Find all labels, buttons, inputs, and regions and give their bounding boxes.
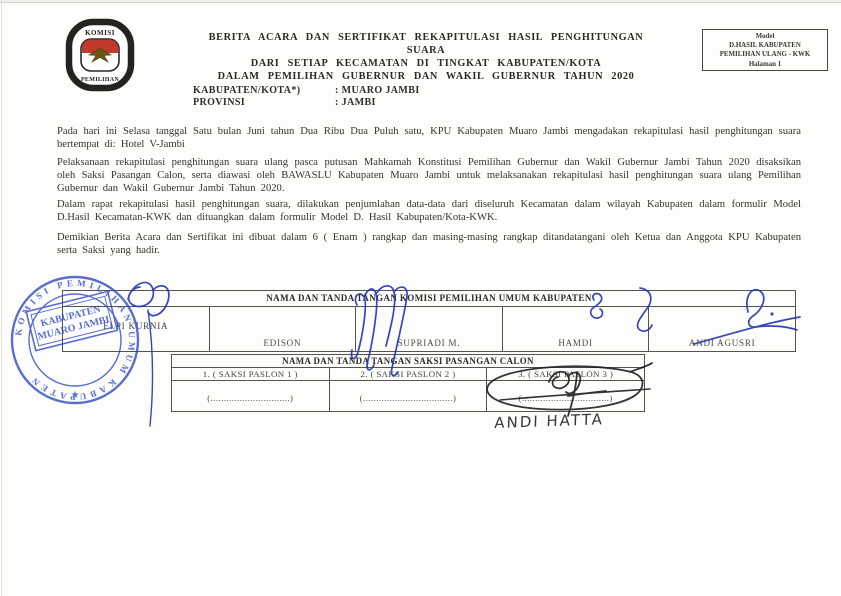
kabupaten-value: : MUARO JAMBI bbox=[335, 85, 420, 96]
kpu-member-cell-2: EDISON bbox=[210, 307, 357, 351]
kabupaten-label: KABUPATEN/KOTA*) bbox=[193, 85, 301, 96]
provinsi-value: : JAMBI bbox=[335, 97, 376, 108]
saksi-dotted-line-3: (.................................) bbox=[487, 393, 644, 403]
title-line-1: BERITA ACARA DAN SERTIFIKAT REKAPITULASI… bbox=[186, 31, 666, 57]
saksi-col-label-1: 1. ( SAKSI PASLON 1 ) bbox=[172, 368, 330, 380]
saksi-signature-cell-3: (.................................) bbox=[487, 381, 644, 411]
saksi3-signature-name: ANDI HATTA bbox=[494, 410, 604, 432]
title-line-3: DALAM PEMILIHAN GUBERNUR DAN WAKIL GUBER… bbox=[186, 70, 666, 83]
saksi-signature-table: NAMA DAN TANDA TANGAN SAKSI PASANGAN CAL… bbox=[171, 354, 645, 412]
model-box-line-3: PEMILIHAN ULANG - KWK bbox=[703, 50, 827, 59]
scanned-document-page: KOMISI PEMILIHAN BERITA ACARA DAN SERTIF… bbox=[0, 0, 841, 596]
kpu-signature-table: NAMA DAN TANDA TANGAN KOMISI PEMILIHAN U… bbox=[62, 290, 796, 352]
kpu-member-cell-4: HAMDI bbox=[503, 307, 650, 351]
kpu-member-name-5: ANDI AGUSRI bbox=[649, 338, 795, 348]
provinsi-label: PROVINSI bbox=[193, 97, 245, 108]
saksi-signature-cell-2: (..................................) bbox=[330, 381, 488, 411]
kpu-member-name-3: SUPRIADI M. bbox=[356, 338, 502, 348]
model-box-line-2: D.HASIL KABUPATEN bbox=[703, 41, 827, 50]
title-line-2: DARI SETIAP KECAMATAN DI TINGKAT KABUPAT… bbox=[186, 57, 666, 70]
saksi-col-label-3: 3. ( SAKSI PASLON 3 ) bbox=[487, 368, 644, 380]
paragraph-2: Pelaksanaan rekapitulasi penghitungan su… bbox=[57, 156, 801, 196]
model-box-line-4: Halaman 1 bbox=[703, 60, 827, 69]
kpu-logo-bottom-text: PEMILIHAN bbox=[81, 77, 119, 83]
stamp-star: ★ bbox=[71, 390, 80, 401]
scan-edge-top bbox=[0, 2, 841, 3]
kpu-member-name-1: ELPI KURNIA bbox=[63, 321, 209, 331]
paragraph-3: Dalam rapat rekapitulasi hasil penghitun… bbox=[57, 198, 801, 224]
kpu-member-cell-3: SUPRIADI M. bbox=[356, 307, 503, 351]
document-title: BERITA ACARA DAN SERTIFIKAT REKAPITULASI… bbox=[186, 31, 666, 83]
saksi-dotted-line-2: (..................................) bbox=[330, 393, 487, 403]
saksi-table-labels-row: 1. ( SAKSI PASLON 1 ) 2. ( SAKSI PASLON … bbox=[171, 368, 645, 381]
kpu-table-row: ELPI KURNIA EDISON SUPRIADI M. HAMDI AND… bbox=[62, 307, 796, 352]
scan-edge-left bbox=[1, 0, 2, 596]
saksi-col-label-2: 2. ( SAKSI PASLON 2 ) bbox=[330, 368, 488, 380]
saksi-table-signature-row: (..............................) (......… bbox=[171, 381, 645, 412]
saksi-dotted-line-1: (..............................) bbox=[172, 393, 329, 403]
kpu-member-name-4: HAMDI bbox=[503, 338, 649, 348]
model-box-line-1: Model bbox=[703, 32, 827, 41]
kpu-member-cell-1: ELPI KURNIA bbox=[63, 307, 210, 351]
kpu-member-cell-5: ANDI AGUSRI bbox=[649, 307, 795, 351]
kpu-logo: KOMISI PEMILIHAN bbox=[64, 18, 136, 92]
paragraph-4: Demikian Berita Acara dan Sertifikat ini… bbox=[57, 231, 801, 257]
kpu-member-name-2: EDISON bbox=[210, 338, 356, 348]
model-box: Model D.HASIL KABUPATEN PEMILIHAN ULANG … bbox=[702, 29, 828, 71]
kpu-logo-top-text: KOMISI bbox=[85, 29, 115, 37]
paragraph-1: Pada hari ini Selasa tanggal Satu bulan … bbox=[57, 125, 801, 151]
saksi-table-title: NAMA DAN TANDA TANGAN SAKSI PASANGAN CAL… bbox=[171, 354, 645, 368]
kpu-table-title: NAMA DAN TANDA TANGAN KOMISI PEMILIHAN U… bbox=[62, 290, 796, 307]
kpu-logo-shield bbox=[81, 39, 119, 71]
saksi-signature-cell-1: (..............................) bbox=[172, 381, 330, 411]
